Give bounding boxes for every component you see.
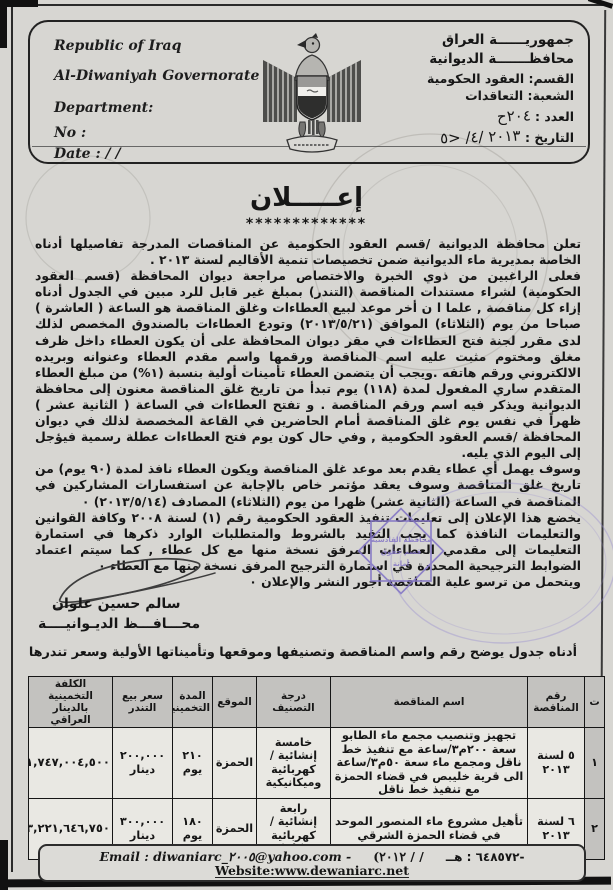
table-row: ١ ٥ لسنة ٢٠١٣ تجهيز وتنصيب مجمع ماء الطا… — [29, 728, 605, 799]
scan-edge-top — [10, 4, 604, 6]
document-number-line: العدد : ح٢٠٤ — [497, 107, 574, 125]
footer-date-text: (٢٠١٢ / / — [373, 849, 424, 864]
cell-duration: ٢١٠ يوم — [173, 728, 213, 799]
english-country: Republic of Iraq — [54, 38, 181, 54]
announcement-title: إعـــــلان — [0, 183, 613, 213]
cell-estimated-cost: ١,٧٤٧,٠٠٤,٥٠٠ — [29, 728, 113, 799]
cell-tender-name: تجهيز وتنصيب مجمع ماء الطابو سعة ٢٠٠م٣/س… — [331, 728, 528, 799]
col-seq: ت — [585, 677, 605, 728]
paragraph-validity: وسوف يهمل أي عطاء يقدم بعد موعد غلق المن… — [35, 461, 581, 509]
col-classification: درجة التصنيف — [257, 677, 331, 728]
website-text: Website:www.dewaniarc.net — [215, 864, 409, 878]
paragraph-instructions: فعلى الراغبين من ذوي الخبرة والاختصاص مر… — [35, 268, 581, 461]
document-number-label: العدد : — [535, 109, 574, 124]
phone-text: -٦٤٨٥٧٢ : هــ — [446, 850, 525, 864]
contact-footer-box: Email : diwaniarc_٢٠٠٥@yahoo.com - (٢٠١٢… — [38, 844, 586, 882]
table-caption: أدناه جدول يوضح رقم واسم المناقصة وتصنيف… — [29, 645, 577, 660]
cell-classification: خامسة إنشائية / كهربائية وميكانيكية — [257, 728, 331, 799]
english-no-label: No : — [54, 125, 86, 141]
col-estimated-cost: الكلفة التخمينية بالدينار العراقي — [29, 677, 113, 728]
cell-seq: ٢ — [585, 798, 605, 859]
col-tender-number: رقم المناقصة — [528, 677, 585, 728]
col-location: الموقع — [213, 677, 257, 728]
title-underline-stars: ************* — [0, 216, 613, 232]
col-duration: المدة التخمينية — [173, 677, 213, 728]
english-department-label: Department: — [54, 100, 153, 116]
arabic-country: جمهوريــــــة العراق — [442, 32, 574, 48]
document-date-label: التاريخ : — [525, 130, 574, 145]
document-date-handwritten: ٥> /٤/ ٢٠١٣ — [440, 127, 521, 148]
iraq-eagle-emblem-icon — [257, 30, 367, 155]
tenders-table: ت رقم المناقصة اسم المناقصة درجة التصنيف… — [28, 676, 605, 860]
scan-edge-left — [11, 4, 13, 872]
paragraph-intro: تعلن محافظة الديوانية /قسم العقود الحكوم… — [35, 236, 581, 268]
cell-location: الحمزة — [213, 728, 257, 799]
signatory-name: سالم حسين علوان — [52, 596, 180, 612]
signatory-title: محـــافـــظ الديـوانيــــة — [38, 616, 200, 632]
scan-corner-top-left-v — [0, 0, 7, 48]
document-number-handwritten: ح٢٠٤ — [496, 106, 530, 125]
letterhead-box: Republic of Iraq Al-Diwaniyah Governorat… — [28, 20, 590, 164]
table-header-row: ت رقم المناقصة اسم المناقصة درجة التصنيف… — [29, 677, 605, 728]
scanned-announcement-page: Republic of Iraq Al-Diwaniyah Governorat… — [0, 0, 613, 890]
arabic-governorate: محافظـــــــة الديوانية — [429, 51, 574, 67]
announcement-body: تعلن محافظة الديوانية /قسم العقود الحكوم… — [35, 236, 581, 590]
cell-seq: ١ — [585, 728, 605, 799]
contact-line: Email : diwaniarc_٢٠٠٥@yahoo.com - (٢٠١٢… — [100, 849, 525, 864]
col-tender-price: سعر بيع التندر — [113, 677, 173, 728]
english-date-label: Date : / / — [54, 146, 121, 162]
cell-tender-number: ٥ لسنة ٢٠١٣ — [528, 728, 585, 799]
arabic-section: القسم: العقود الحكومية — [427, 71, 574, 86]
cell-tender-price: ٢٠٠,٠٠٠ دينار — [113, 728, 173, 799]
english-governorate: Al-Diwaniyah Governorate — [54, 68, 259, 84]
arabic-division: الشعبة: التعاقدات — [465, 88, 574, 103]
col-tender-name: اسم المناقصة — [331, 677, 528, 728]
email-text: Email : diwaniarc_٢٠٠٥@yahoo.com - — [100, 849, 352, 864]
document-date-line: التاريخ : ٥> /٤/ ٢٠١٣ — [440, 128, 574, 146]
